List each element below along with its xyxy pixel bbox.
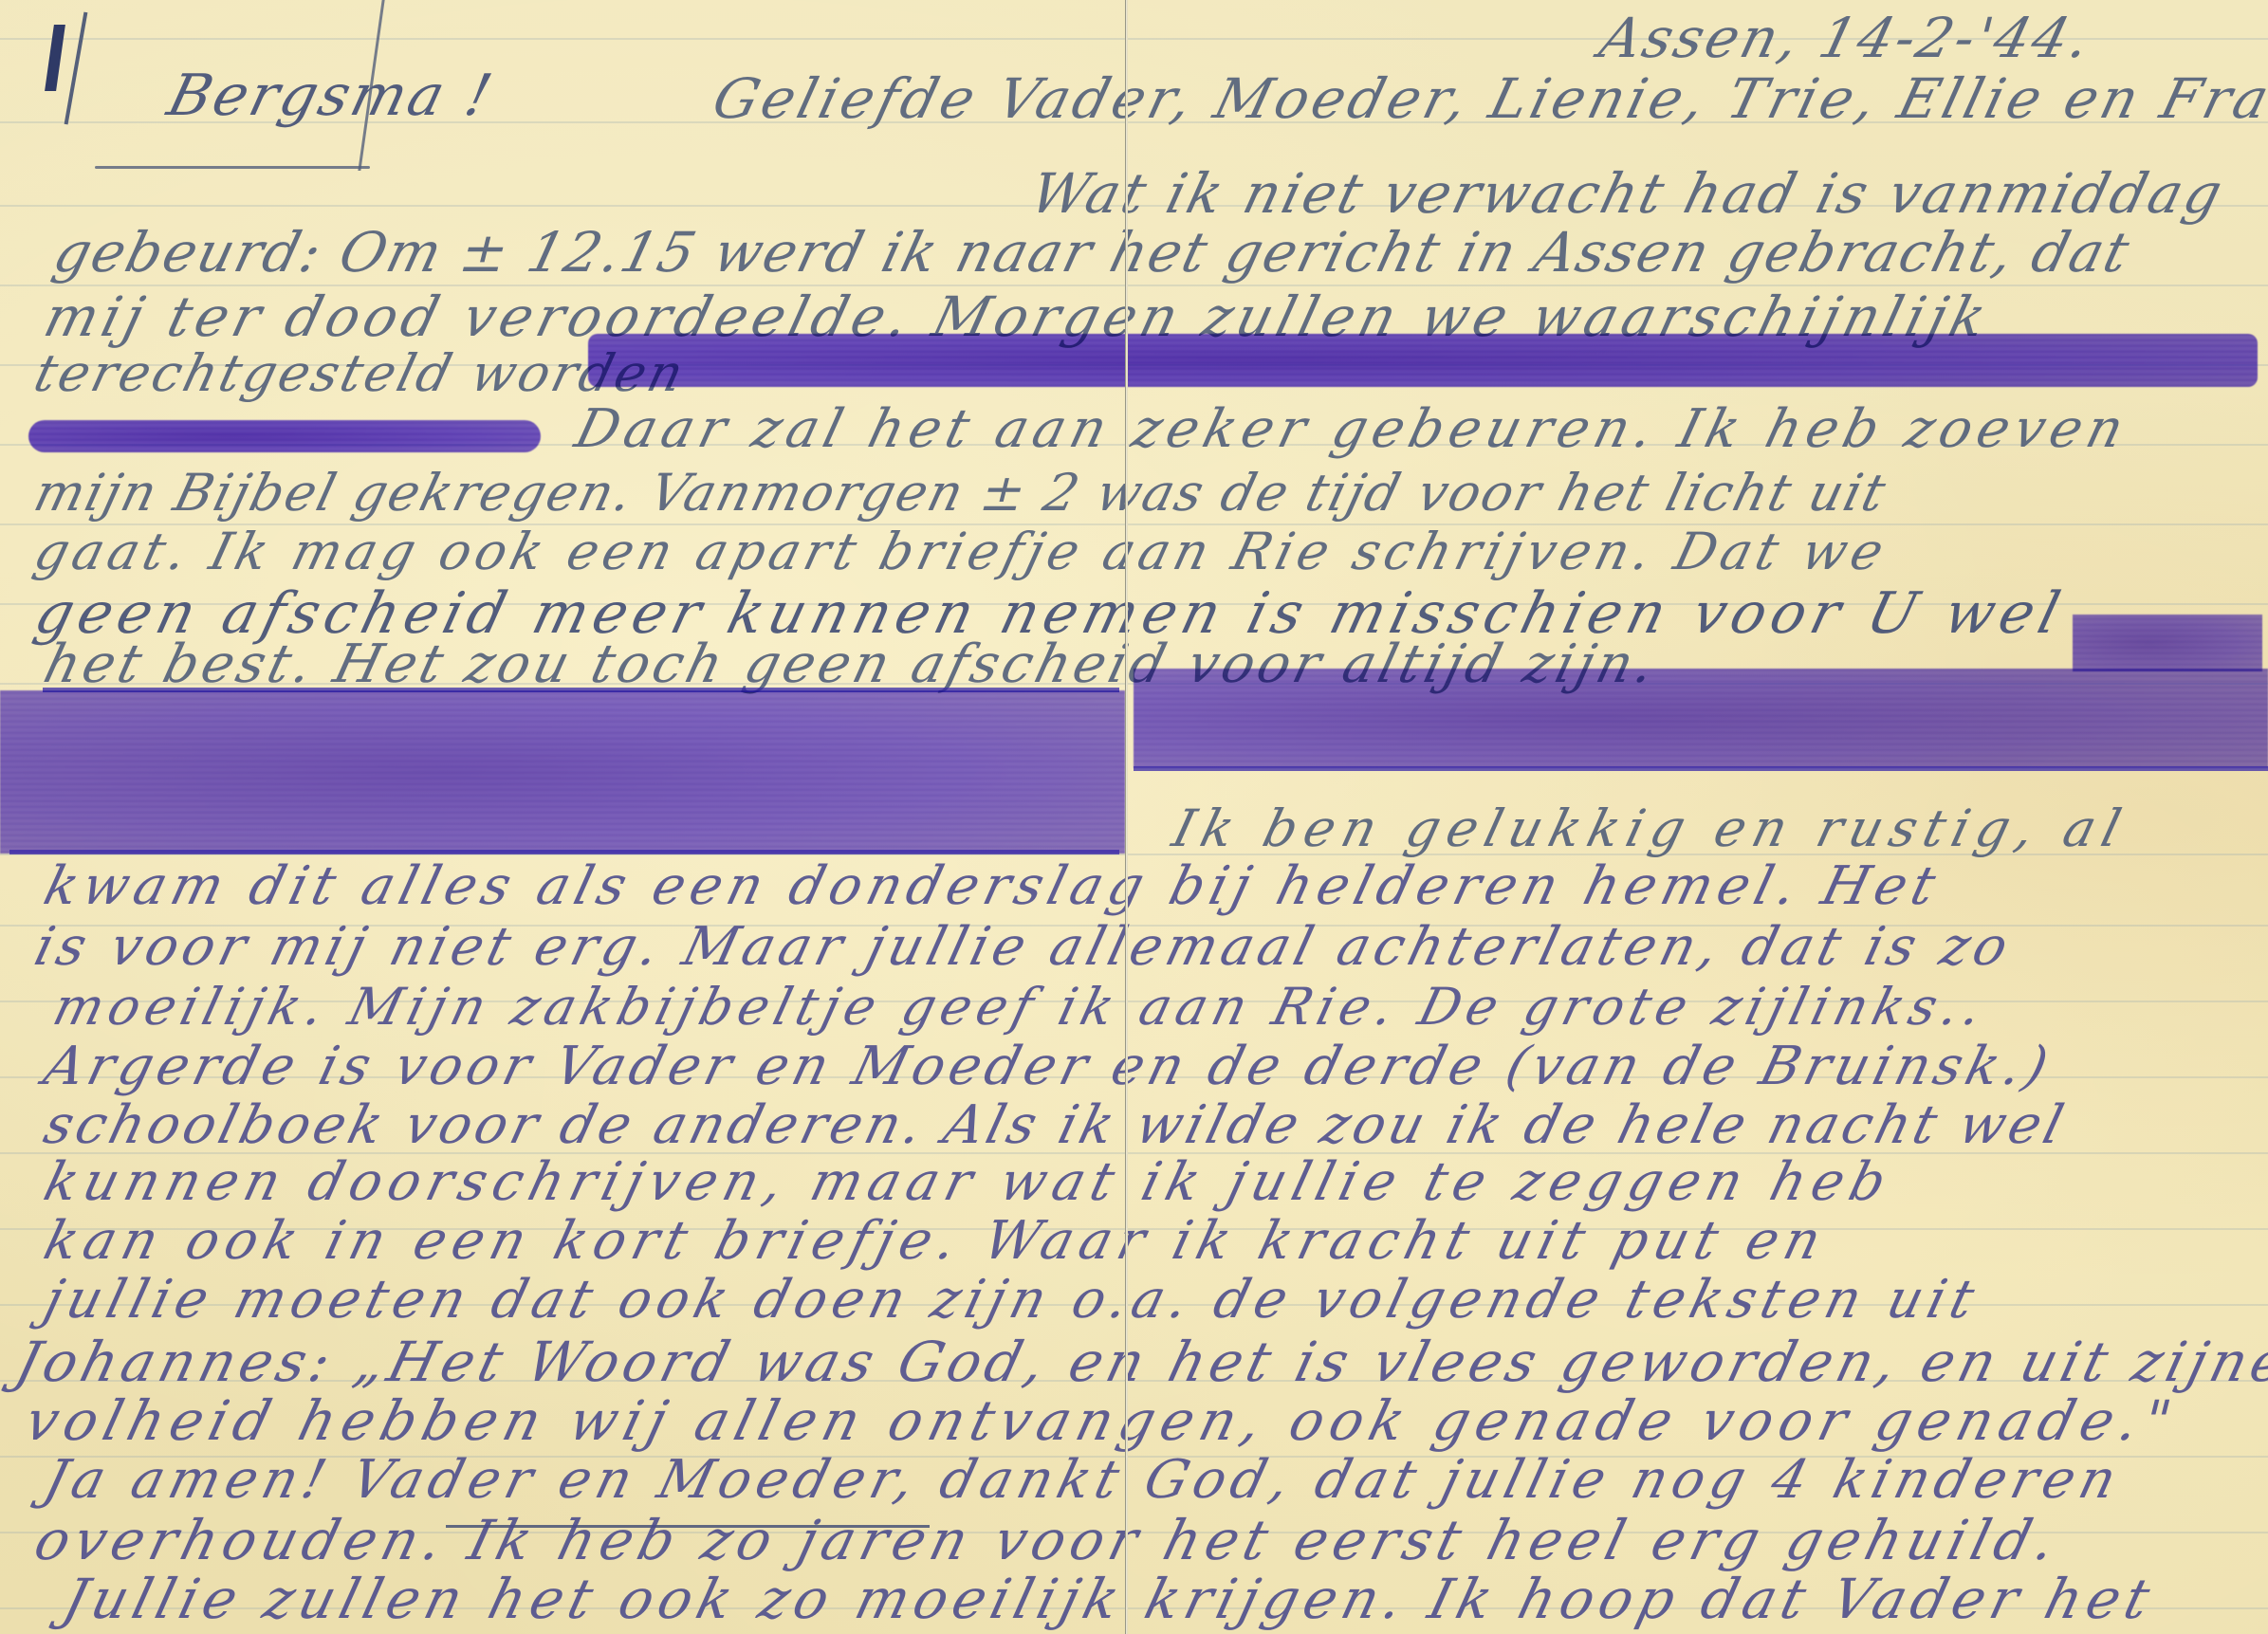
censor-bar bbox=[2073, 615, 2262, 671]
censor-block bbox=[0, 690, 1125, 854]
letter-line: kan ook in een kort briefje. Waar ik kra… bbox=[38, 1210, 1834, 1272]
boxed-name: Bergsma ! bbox=[161, 63, 501, 129]
letter-line: kwam dit alles als een donderslag bij he… bbox=[38, 855, 1947, 917]
letter-line: Wat ik niet verwacht had is vanmiddag bbox=[1024, 161, 2231, 226]
letter-line: gaat. Ik mag ook een apart briefje aan R… bbox=[28, 522, 1894, 581]
salutation: Geliefde Vader, Moeder, Lienie, Trie, El… bbox=[707, 66, 2268, 131]
censor-edge bbox=[9, 850, 1119, 854]
letter-line: Johannes: „Het Woord was God, en het is … bbox=[9, 1330, 2268, 1394]
letter-line: Ja amen! Vader en Moeder, dankt God, dat… bbox=[38, 1449, 2128, 1511]
letter-line: jullie moeten dat ook doen zijn o.a. de … bbox=[38, 1269, 1985, 1331]
letter-line: gebeurd: Om ± 12.15 werd ik naar het ger… bbox=[47, 220, 2137, 285]
letter-line: moeilijk. Mijn zakbijbeltje geef ik aan … bbox=[47, 977, 1994, 1037]
letter-line: kunnen doorschrijven, maar wat ik jullie… bbox=[38, 1151, 1899, 1213]
letter-line: overhouden. Ik heb zo jaren voor het eer… bbox=[28, 1508, 2068, 1572]
censor-bar bbox=[28, 420, 541, 452]
letter-line: Daar zal het aan zeker gebeuren. Ik heb … bbox=[569, 398, 2135, 460]
censor-bar bbox=[588, 334, 2258, 387]
letter-line: Jullie zullen het ook zo moeilijk krijge… bbox=[57, 1567, 2162, 1631]
letter-scan: I. Bergsma ! Assen, 14-2-'44. Geliefde V… bbox=[0, 0, 2268, 1634]
letter-line: schoolboek voor de anderen. Als ik wilde… bbox=[38, 1094, 2073, 1156]
letter-line: mijn Bijbel gekregen. Vanmorgen ± 2 was … bbox=[28, 463, 1893, 523]
place-date: Assen, 14-2-'44. bbox=[1594, 6, 2099, 70]
letter-line: volheid hebben wij allen ontvangen, ook … bbox=[19, 1388, 2185, 1453]
fold-crease bbox=[1125, 0, 1128, 1634]
letter-line: Argerde is voor Vader en Moeder en de de… bbox=[38, 1036, 2058, 1097]
censor-block bbox=[1134, 669, 2268, 768]
censor-edge bbox=[1134, 766, 2268, 771]
letter-line: is voor mij niet erg. Maar jullie allema… bbox=[28, 916, 2019, 978]
letter-line: Ik ben gelukkig en rustig, al bbox=[1167, 799, 2134, 858]
box-bottom-edge bbox=[95, 166, 370, 169]
